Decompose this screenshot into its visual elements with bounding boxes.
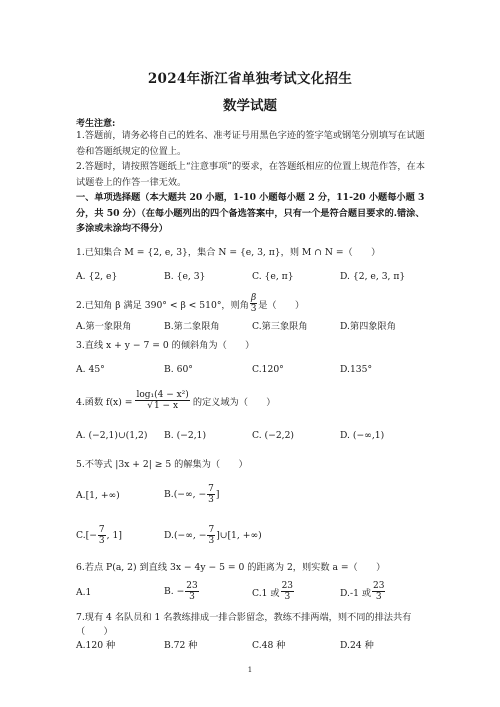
option-a: A. {2, e} [76, 271, 117, 282]
option-d: D.第四象限角 [340, 318, 396, 332]
option-b: B.第二象限角 [164, 318, 220, 332]
question-2-stem-post: 是（ ） [258, 297, 304, 311]
notice-item-1: 1.答题前，请务必将自己的姓名、准考证号用黑色字迹的签字笔或钢笔分别填写在试题卷… [76, 128, 426, 159]
option-b: B. (−2,1) [164, 430, 206, 441]
question-1-stem: 1.已知集合 M = {2, e, 3}，集合 N = {e, 3, π}，则 … [76, 244, 380, 258]
option-a: A.1 [76, 587, 91, 598]
question-3-stem: 3.直线 x + y − 7 = 0 的倾斜角为（ ） [76, 337, 254, 351]
question-4-stem: 4.函数 f(x) = log₁(4 − x²) √1 − x 的定义域为（ ） [76, 390, 276, 411]
question-2-stem: 2.已知角 β 满足 390° < β < 510°，则角 β 3 是（ ） [76, 293, 304, 314]
option-b: B.72 种 [164, 637, 197, 651]
option-c: C. [− 73 , 1] [76, 525, 122, 546]
option-d: D.-1 或 233 [340, 581, 386, 602]
option-c: C.第三象限角 [252, 318, 308, 332]
option-c: C.1 或 233 [252, 581, 295, 602]
option-a: A. (−2,1)∪(1,2) [76, 430, 147, 441]
option-b: B. 60° [164, 364, 193, 375]
page-number: 1 [0, 666, 500, 674]
fraction-beta-over-3: β 3 [250, 293, 257, 314]
exam-subtitle: 数学试题 [0, 94, 500, 114]
question-7-stem: 7.现有 4 名队员和 1 名教练排成一排合影留念，教练不排两端，则不同的排法共… [76, 609, 411, 623]
option-b: B. − 233 [164, 581, 200, 602]
option-c: C. {e, π} [252, 271, 294, 282]
exam-title: 2024年浙江省单独考试文化招生 [0, 67, 500, 87]
option-c: C.48 种 [252, 637, 285, 651]
option-a: A. [1, +∞) [76, 490, 120, 501]
option-a: A.120 种 [76, 637, 115, 651]
fraction-log-over-sqrt: log₁(4 − x²) √1 − x [135, 390, 189, 411]
question-2-stem-pre: 2.已知角 β 满足 390° < β < 510°，则角 [76, 297, 249, 311]
option-d: D.135° [340, 364, 372, 375]
notice-item-2: 2.答题时，请按照答题纸上“注意事项”的要求，在答题纸相应的位置上规范作答，在本… [76, 159, 426, 190]
option-c: C.120° [252, 364, 284, 375]
option-b: B. {e, 3} [164, 271, 205, 282]
question-4-stem-pre: 4.函数 f(x) = [76, 394, 132, 408]
option-a: A. 45° [76, 364, 105, 375]
option-d: D. (−∞,1) [340, 430, 384, 441]
section-1-heading: 一、单项选择题（本大题共 20 小题，1-10 小题每小题 2 分，11-20 … [76, 190, 426, 237]
exam-page: 2024年浙江省单独考试文化招生 数学试题 考生注意: 1.答题前，请务必将自己… [0, 0, 500, 707]
option-c: C. (−2,2) [252, 430, 294, 441]
question-4-stem-post: 的定义域为（ ） [193, 394, 276, 408]
option-d: D. (−∞, − 73 ]∪[1, +∞) [164, 525, 262, 546]
question-5-stem: 5.不等式 |3x + 2| ≥ 5 的解集为（ ） [76, 456, 248, 470]
option-a: A.第一象限角 [76, 318, 132, 332]
option-d: D. {2, e, 3, π} [340, 271, 405, 282]
option-d: D.24 种 [340, 637, 374, 651]
question-7-stem-line2: （ ） [76, 623, 113, 637]
question-6-stem: 6.若点 P(a, 2) 到直线 3x − 4y − 5 = 0 的距离为 2，… [76, 559, 385, 573]
option-b: B. (−∞, − 73 ] [164, 484, 220, 505]
